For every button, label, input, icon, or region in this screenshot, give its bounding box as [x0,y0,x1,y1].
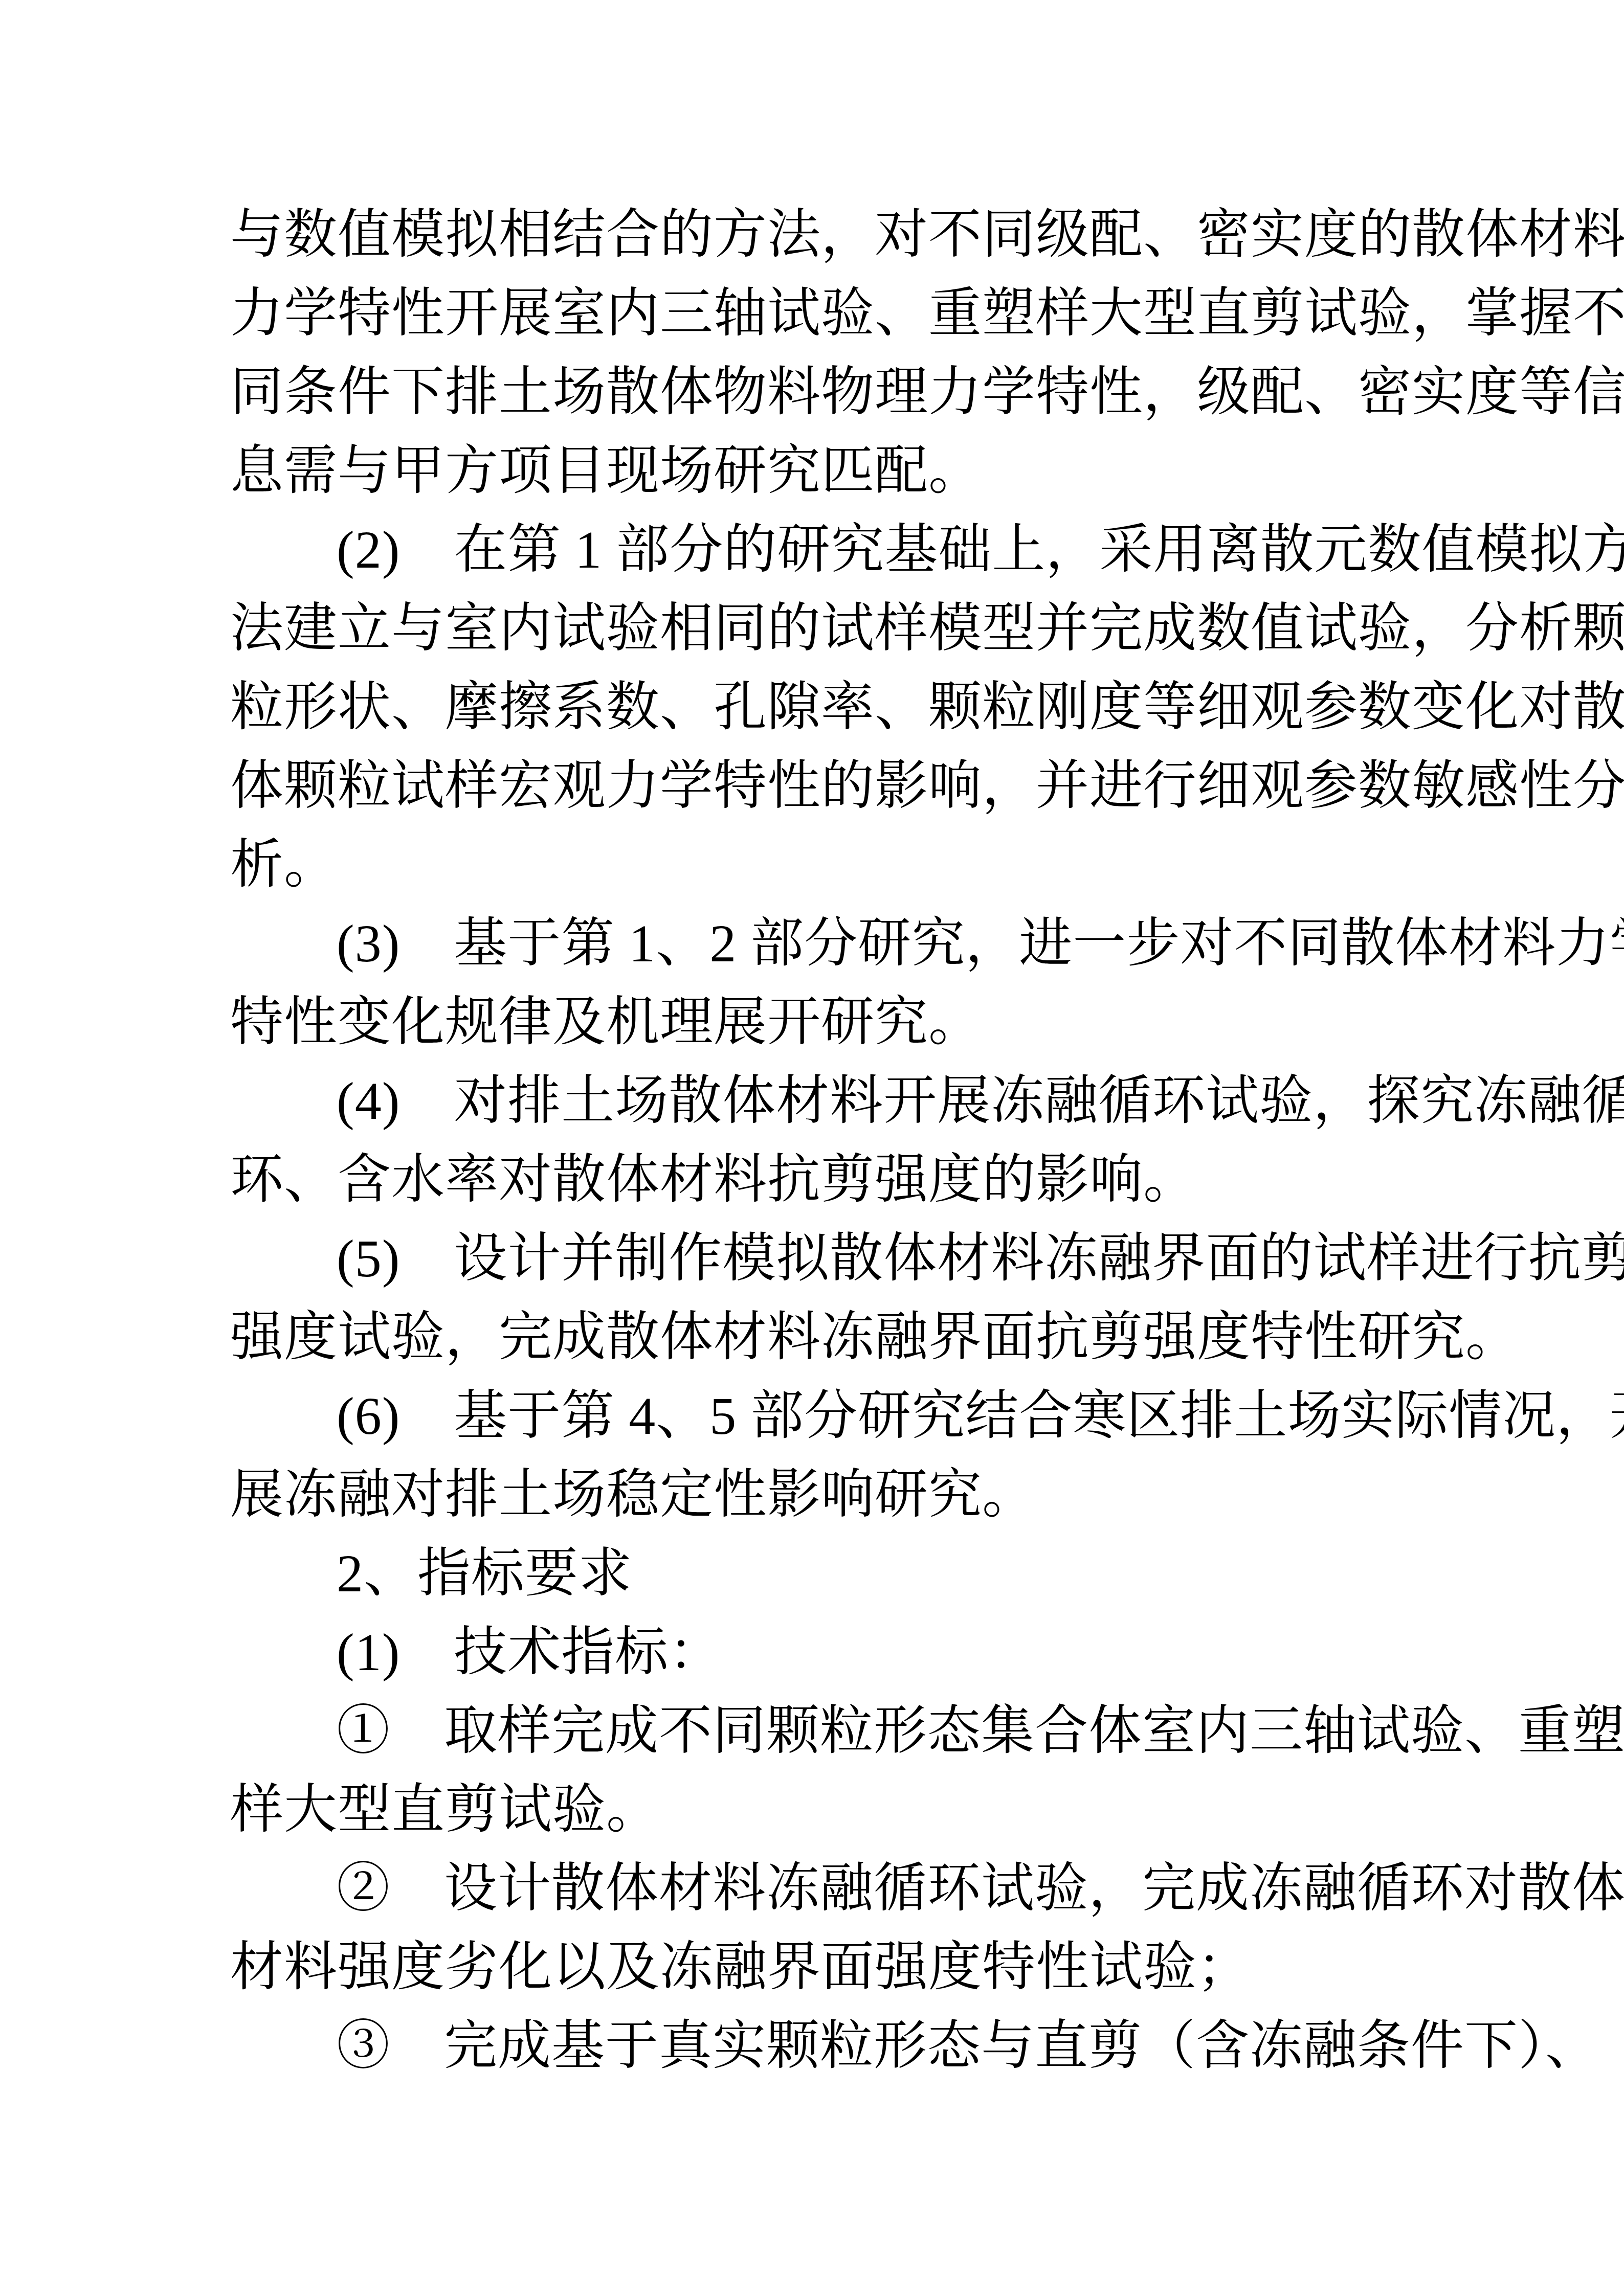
document-page: 与数值模拟相结合的方法，对不同级配、密实度的散体材料力学特性开展室内三轴试验、重… [0,0,1624,2296]
text-line: (3) 基于第 1、2 部分研究，进一步对不同散体材料力学 [230,905,1399,983]
text-line: 粒形状、摩擦系数、孔隙率、颗粒刚度等细观参数变化对散 [230,668,1399,747]
text-line: ③ 完成基于真实颗粒形态与直剪（含冻融条件下）、 [230,2007,1399,2086]
text-line: 析。 [230,826,1399,905]
text-line: (5) 设计并制作模拟散体材料冻融界面的试样进行抗剪 [230,1220,1399,1298]
text-line: ② 设计散体材料冻融循环试验，完成冻融循环对散体 [230,1850,1399,1928]
text-line: (4) 对排土场散体材料开展冻融循环试验，探究冻融循 [230,1062,1399,1141]
text-line: ① 取样完成不同颗粒形态集合体室内三轴试验、重塑 [230,1692,1399,1771]
text-line: 法建立与室内试验相同的试样模型并完成数值试验，分析颗 [230,590,1399,668]
text-line: 同条件下排土场散体物料物理力学特性，级配、密实度等信 [230,353,1399,432]
text-line: 特性变化规律及机理展开研究。 [230,983,1399,1062]
text-line: 力学特性开展室内三轴试验、重塑样大型直剪试验，掌握不 [230,275,1399,353]
text-line: 环、含水率对散体材料抗剪强度的影响。 [230,1141,1399,1220]
text-line: 样大型直剪试验。 [230,1771,1399,1850]
text-line: 材料强度劣化以及冻融界面强度特性试验； [230,1928,1399,2007]
text-line: (1) 技术指标： [230,1613,1399,1692]
text-line: 息需与甲方项目现场研究匹配。 [230,432,1399,511]
text-line: 体颗粒试样宏观力学特性的影响，并进行细观参数敏感性分 [230,747,1399,826]
text-line: (6) 基于第 4、5 部分研究结合寒区排土场实际情况，开 [230,1377,1399,1456]
text-line: 强度试验，完成散体材料冻融界面抗剪强度特性研究。 [230,1298,1399,1377]
text-line: 与数值模拟相结合的方法，对不同级配、密实度的散体材料 [230,196,1399,275]
text-line: 展冻融对排土场稳定性影响研究。 [230,1456,1399,1535]
text-line: 2、指标要求 [230,1535,1399,1613]
text-body: 与数值模拟相结合的方法，对不同级配、密实度的散体材料力学特性开展室内三轴试验、重… [230,196,1399,2086]
text-line: (2) 在第 1 部分的研究基础上，采用离散元数值模拟方 [230,511,1399,590]
